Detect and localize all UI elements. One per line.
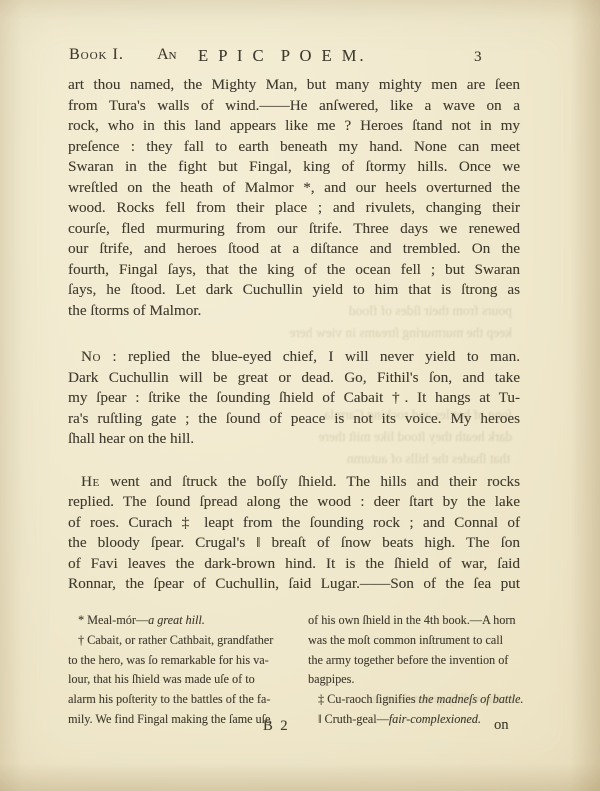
signature-mark: B 2 (263, 718, 290, 735)
text-segment: Dark Cuchullin will be great or dead. Go… (68, 369, 520, 386)
text-line: of his own ſhield in the 4th book.—A hor… (308, 611, 534, 631)
text-segment: No (81, 348, 101, 365)
text-segment: from Tura's walls of wind.——He anſwered,… (68, 97, 520, 114)
text-line: ra's ruſtling gate ; the ſound of peace … (68, 409, 520, 430)
book-chapter-label: Book I. (69, 46, 124, 64)
page-number: 3 (474, 49, 482, 66)
text-segment: of his own ſhield in the 4th book.—A hor… (308, 613, 516, 627)
text-line: alarm his poſterity to the battles of th… (68, 690, 294, 710)
text-line: to the hero, was ſo remarkable for his v… (68, 651, 294, 671)
text-segment: the army together before the invention o… (308, 653, 508, 667)
text-segment: : replied the blue-eyed chief, I will ne… (101, 348, 520, 365)
text-segment: ſays, he ſtood. Let dark Cuchullin yield… (68, 281, 520, 298)
text-segment: alarm his poſterity to the battles of th… (68, 692, 270, 706)
text-segment: wood. Rocks fell from their place ; and … (68, 199, 520, 216)
text-segment: our ſtrife, and heroes ſtood at a diſtan… (68, 240, 520, 257)
text-line: * Meal-mór—a great hill. (68, 611, 294, 631)
text-segment: replied. The ſound ſpread along the wood… (68, 493, 520, 510)
text-line: lour, that his ſhield was made uſe of to (68, 670, 294, 690)
text-line: fourth, Fingal ſays, that the king of th… (68, 260, 520, 281)
text-line: ſhall hear on the hill. (68, 429, 520, 450)
text-segment: * Meal-mór— (78, 613, 148, 627)
text-line: of roes. Curach ‡ leapt from the ſoundin… (68, 513, 520, 534)
text-line: from Tura's walls of wind.——He anſwered,… (68, 96, 520, 117)
text-segment: Swaran in the fight but Fingal, king of … (68, 158, 520, 175)
text-segment: Ronnar, the ſpear of Cuchullin, ſaid Lug… (68, 575, 520, 592)
text-segment: fair-complexioned. (389, 712, 481, 726)
text-line: bagpipes. (308, 670, 534, 690)
text-line: No : replied the blue-eyed chief, I will… (68, 347, 520, 368)
text-segment: rock, who in this land appears like me ?… (68, 117, 520, 134)
text-segment: mily. We find Fingal making the ſame uſe (68, 712, 270, 726)
footnotes: * Meal-mór—a great hill.† Cabait, or rat… (68, 611, 534, 730)
text-segment: was the moſt common inſtrument to call (308, 633, 503, 647)
footnote-column-right: of his own ſhield in the 4th book.—A hor… (308, 611, 534, 730)
paragraph: art thou named, the Mighty Man, but many… (68, 75, 520, 321)
text-segment: † Cabait, or rather Cathbait, grandfathe… (78, 633, 273, 647)
text-segment: went and ſtruck the boſſy ſhield. The hi… (100, 473, 520, 490)
text-segment: the madneſs of battle. (419, 692, 524, 706)
text-segment: ‡ Cu-raoch ſignifies (318, 692, 419, 706)
text-line: Dark Cuchullin will be great or dead. Go… (68, 368, 520, 389)
text-line: Swaran in the fight but Fingal, king of … (68, 157, 520, 178)
text-line: the army together before the invention o… (308, 651, 534, 671)
text-line: art thou named, the Mighty Man, but many… (68, 75, 520, 96)
text-segment: wreſtled on the heath of Malmor *, and o… (68, 179, 520, 196)
text-line: Ronnar, the ſpear of Cuchullin, ſaid Lug… (68, 574, 520, 595)
text-segment: ra's ruſtling gate ; the ſound of peace … (68, 410, 520, 427)
text-segment: of Favi leaves the dark-brown hind. It i… (68, 555, 520, 572)
text-segment: ‖ Cruth-geal— (318, 712, 389, 726)
text-segment: art thou named, the Mighty Man, but many… (68, 76, 520, 93)
text-line: wood. Rocks fell from their place ; and … (68, 198, 520, 219)
text-segment: ſhall hear on the hill. (68, 430, 194, 447)
paragraph: He went and ſtruck the boſſy ſhield. The… (68, 472, 520, 595)
text-segment: the ſtorms of Malmor. (68, 302, 201, 319)
text-segment: preſence : they fall to earth beneath my… (68, 138, 520, 155)
text-segment: bagpipes. (308, 672, 354, 686)
footnote-column-left: * Meal-mór—a great hill.† Cabait, or rat… (68, 611, 294, 730)
text-segment: the bloody ſpear. Crugal's ‖ breaſt of ſ… (68, 534, 520, 551)
body-text: art thou named, the Mighty Man, but many… (68, 75, 520, 595)
text-line: † Cabait, or rather Cathbait, grandfathe… (68, 631, 294, 651)
text-segment: He (81, 473, 100, 490)
text-segment: of roes. Curach ‡ leapt from the ſoundin… (68, 514, 520, 531)
text-line: preſence : they fall to earth beneath my… (68, 137, 520, 158)
text-line: ‡ Cu-raoch ſignifies the madneſs of batt… (308, 690, 534, 710)
text-line: rock, who in this land appears like me ?… (68, 116, 520, 137)
paragraph: No : replied the blue-eyed chief, I will… (68, 347, 520, 450)
text-line: wreſtled on the heath of Malmor *, and o… (68, 178, 520, 199)
header-an-label: An (157, 46, 177, 64)
poem-title: E P I C P O E M. (198, 46, 367, 66)
text-line: courſe, fled murmuring from our ſtrife. … (68, 219, 520, 240)
text-line: ſays, he ſtood. Let dark Cuchullin yield… (68, 280, 520, 301)
text-line: replied. The ſound ſpread along the wood… (68, 492, 520, 513)
text-line: mily. We find Fingal making the ſame uſe (68, 710, 294, 730)
text-segment: fourth, Fingal ſays, that the king of th… (68, 261, 520, 278)
text-segment: to the hero, was ſo remarkable for his v… (68, 653, 269, 667)
text-line: of Favi leaves the dark-brown hind. It i… (68, 554, 520, 575)
text-line: my ſpear : ſtrike the ſounding ſhield of… (68, 388, 520, 409)
text-line: the ſtorms of Malmor. (68, 301, 520, 322)
text-segment: lour, that his ſhield was made uſe of to (68, 672, 255, 686)
page-header: Book I. An E P I C P O E M. 3 (0, 46, 600, 70)
text-line: He went and ſtruck the boſſy ſhield. The… (68, 472, 520, 493)
text-line: was the moſt common inſtrument to call (308, 631, 534, 651)
text-line: our ſtrife, and heroes ſtood at a diſtan… (68, 239, 520, 260)
text-segment: a great hill. (148, 613, 205, 627)
book-page: Book I. An E P I C P O E M. 3 art thou n… (0, 0, 600, 791)
text-line: the bloody ſpear. Crugal's ‖ breaſt of ſ… (68, 533, 520, 554)
text-segment: my ſpear : ſtrike the ſounding ſhield of… (68, 389, 520, 406)
catchword: on (494, 717, 509, 734)
text-segment: courſe, fled murmuring from our ſtrife. … (68, 220, 520, 237)
